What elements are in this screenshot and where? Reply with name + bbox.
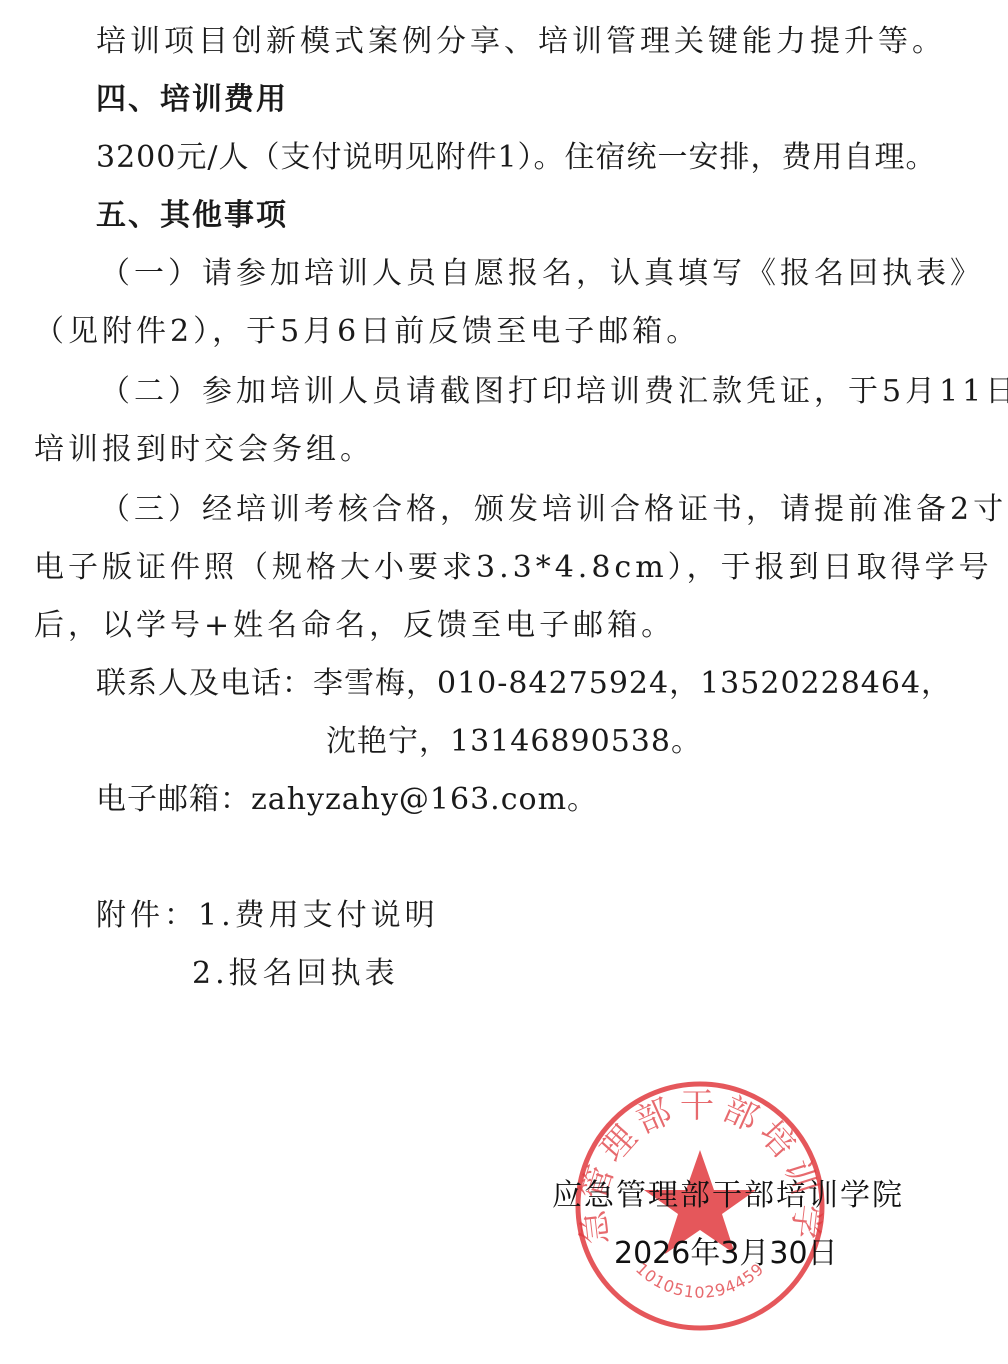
section-heading-fees: 四、培训费用	[96, 80, 288, 120]
item-1-line-2: （见附件2），于5月6日前反馈至电子邮箱。	[34, 312, 700, 352]
issuing-organization: 应急管理部干部培训学院	[552, 1176, 904, 1216]
section-heading-other: 五、其他事项	[96, 196, 288, 236]
item-2-line-2: 培训报到时交会务组。	[34, 430, 374, 470]
attachment-line-2: 2.报名回执表	[192, 954, 399, 994]
item-3-line-3: 后，以学号+姓名命名，反馈至电子邮箱。	[34, 606, 675, 646]
contact-line-1: 联系人及电话：李雪梅，010-84275924，13520228464，	[96, 664, 952, 704]
email-line: 电子邮箱：zahyzahy@163.com。	[96, 780, 598, 820]
item-1-line-1: （一）请参加培训人员自愿报名，认真填写《报名回执表》	[100, 254, 984, 294]
fee-text: 3200元/人（支付说明见附件1）。住宿统一安排，费用自理。	[96, 138, 937, 178]
item-3-line-1: （三）经培训考核合格，颁发培训合格证书，请提前准备2寸	[100, 490, 1007, 530]
issue-date: 2026年3月30日	[614, 1234, 838, 1274]
training-content-line: 培训项目创新模式案例分享、培训管理关键能力提升等。	[96, 22, 946, 62]
item-3-line-2: 电子版证件照（规格大小要求3.3*4.8cm），于报到日取得学号	[34, 548, 993, 588]
item-2-line-1: （二）参加培训人员请截图打印培训费汇款凭证，于5月11日	[100, 372, 1008, 412]
attachment-line-1: 附件：1.费用支付说明	[96, 896, 439, 936]
contact-line-2: 沈艳宁，13146890538。	[326, 722, 702, 762]
